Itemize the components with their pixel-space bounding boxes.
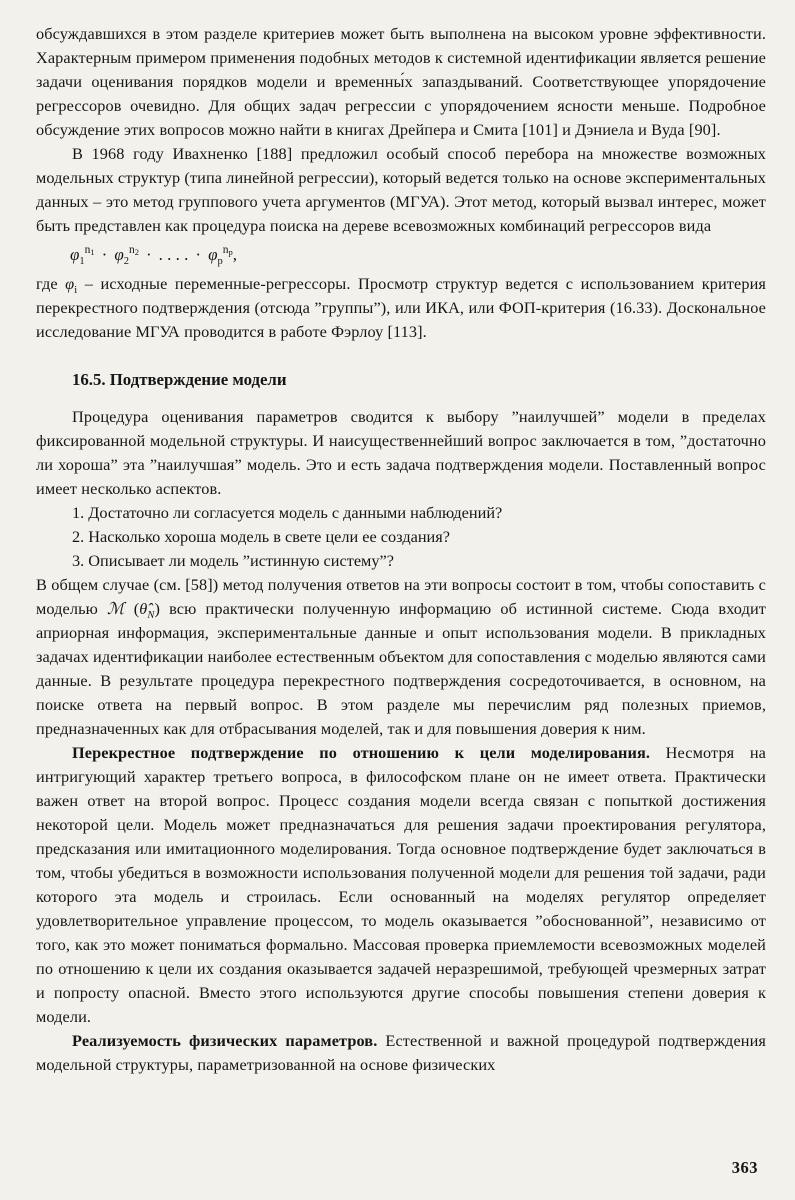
question-item-1: 1. Достаточно ли согласуется модель с да… bbox=[36, 501, 766, 525]
paragraph-crossvalidation-purpose: Перекрестное подтверждение по отношению … bbox=[36, 741, 766, 1029]
multiplication-dot: · bbox=[95, 245, 115, 264]
bold-lead-crossvalidation: Перекрестное подтверждение по отношению … bbox=[72, 743, 650, 762]
question-item-2: 2. Насколько хороша модель в свете цели … bbox=[36, 525, 766, 549]
phi-i-symbol: φi bbox=[65, 274, 77, 293]
paragraph-ivakhnenko-gmdh: В 1968 году Ивахненко [188] предложил ос… bbox=[36, 142, 766, 238]
paragraph-physical-parameters: Реализуемость физических параметров. Ест… bbox=[36, 1029, 766, 1077]
formula-regressor-combinations: φ1n1·φ2n2·. . . .·φpnp, bbox=[70, 242, 766, 268]
scanned-book-page: обсуждавшихся в этом разделе критериев м… bbox=[0, 0, 795, 1200]
formula-comma: , bbox=[233, 245, 237, 264]
paragraph-criteria-continuation: обсуждавшихся в этом разделе критериев м… bbox=[36, 22, 766, 142]
formula-term-p: φpnp bbox=[208, 245, 233, 264]
page-number: 363 bbox=[732, 1158, 758, 1178]
multiplication-dot: · bbox=[188, 245, 208, 264]
paragraph-general-case: В общем случае (см. [58]) метод получени… bbox=[36, 573, 766, 741]
formula-term-1: φ1n1 bbox=[70, 245, 95, 264]
paragraph-validation-intro: Процедура оценивания параметров сводится… bbox=[36, 405, 766, 501]
paragraph-where-regressors: где φi – исходные переменные-регрессоры.… bbox=[36, 272, 766, 344]
bold-lead-physical-parameters: Реализуемость физических параметров. bbox=[72, 1031, 377, 1050]
section-heading-16-5: 16.5. Подтверждение модели bbox=[72, 368, 766, 392]
multiplication-dot: · bbox=[139, 245, 159, 264]
model-notation: ℳ (θ̂N) bbox=[107, 599, 160, 618]
question-item-3: 3. Описывает ли модель ”истинную систему… bbox=[36, 549, 766, 573]
formula-term-2: φ2n2 bbox=[114, 245, 139, 264]
page-text-block: обсуждавшихся в этом разделе критериев м… bbox=[36, 22, 766, 1077]
formula-ellipsis: . . . . bbox=[159, 245, 189, 264]
